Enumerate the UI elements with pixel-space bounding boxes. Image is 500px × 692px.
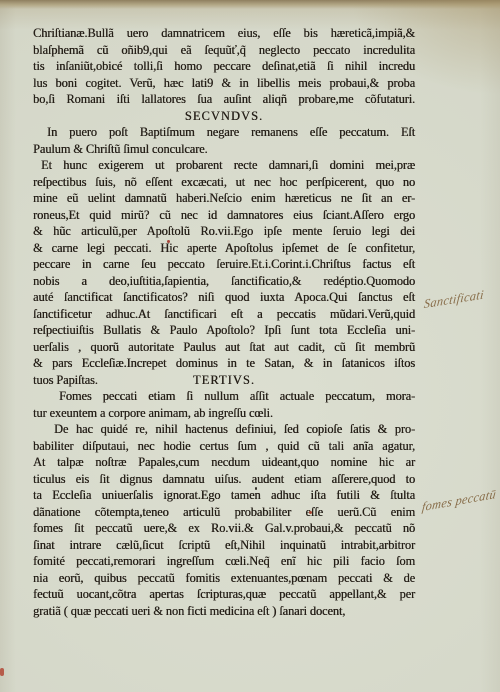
text-line: fomes ſit peccatũ uere,& ex Ro.vii.& Gal… <box>33 521 415 538</box>
text-line: uerſalis , quorũ autoritate Paulus aut ſ… <box>33 340 415 357</box>
text-line: tis inſaniũt,obicé tolli,ſi homo peccare… <box>33 59 415 76</box>
scanned-book-page: Chriſtianæ.Bullã uero damnatricem eius, … <box>0 0 500 692</box>
text-line: ſinat intrare cælũ,ſicut ſcriptũ eſt,Nih… <box>33 538 415 555</box>
paper-speck <box>167 240 170 243</box>
text-line: tuos Papiſtas.TERTIVS. <box>33 373 415 390</box>
text-line: & carne legi peccati. Hic aperte Apoſtol… <box>33 241 415 258</box>
text-line: reſpectibus ſuis, nõ eſſent excæcati, ut… <box>33 175 415 192</box>
text-line: fomité peccati,remorari ingreſſum cœli.N… <box>33 554 415 571</box>
text-line: At talpæ noſtræ Papales,cum necdum uidea… <box>33 455 415 472</box>
text-line: & hũc articulũ,per Apoſtolũ Ro.vii.Ego i… <box>33 224 415 241</box>
text-line: bo,ſi Romani iſti lallatores ſua auſint … <box>33 92 415 109</box>
text-line: gratiã ( quæ peccati ueri & non ficti me… <box>33 604 415 621</box>
handwritten-margin-note: Sanctificati <box>423 287 484 312</box>
text-line: Et hunc exigerem ut probarent recte damn… <box>33 158 415 175</box>
text-line: & pars Eccleſiæ.Increpet dominus in te S… <box>33 356 415 373</box>
text-line: tur exeuntem a corpore animam, ab ingreſ… <box>33 406 415 423</box>
paper-speck <box>0 668 4 676</box>
handwritten-margin-note: fomes peccatū <box>421 487 497 516</box>
section-heading: TERTIVS. <box>193 373 255 388</box>
text-line: reſpectiuiſtis Bullatis & Paulo Apoſtolo… <box>33 323 415 340</box>
text-line: De hac quidé re, nihil hactenus definiui… <box>33 422 415 439</box>
text-line: babiliter diſputaui, nec hodie certus ſu… <box>33 439 415 456</box>
text-line: ta Eccleſia uniuerſalis ignorat.Ego tame… <box>33 488 415 505</box>
text-line: auté ſanctificat ſanctificatos? niſi quo… <box>33 290 415 307</box>
paper-speck <box>309 511 312 514</box>
text-line: roneus,Et quid mirũ? cũ nec id damnatore… <box>33 208 415 225</box>
text-line: ſanctificetur adhuc.At ſanctificari eſt … <box>33 307 415 324</box>
text-line: peccare in carne ſeu peccato ſeruire.Et.… <box>33 257 415 274</box>
text-line: In puero poſt Baptiſmum negare remanens … <box>33 125 415 142</box>
text-line: tuos Papiſtas. <box>33 373 98 387</box>
text-line: Paulum & Chriſtũ ſimul conculcare. <box>33 142 415 159</box>
text-line: ticulus eis ſit dignus damnatu uiſus. au… <box>33 472 415 489</box>
text-line: dãnatione cõtempta,teneo articulũ probab… <box>33 505 415 522</box>
section-heading: SECVNDVS. <box>33 109 415 126</box>
text-line: Chriſtianæ.Bullã uero damnatricem eius, … <box>33 26 415 43</box>
paper-speck <box>255 487 257 490</box>
text-line: Fomes peccati etiam ſi nullum aſſit actu… <box>33 389 415 406</box>
text-line: blaſphemã cũ oñib9,qui eã ſequũť,q̃ negl… <box>33 43 415 60</box>
text-line: lus boni cogitet. Verũ, hæc lati9 & in l… <box>33 76 415 93</box>
text-block: Chriſtianæ.Bullã uero damnatricem eius, … <box>33 26 415 620</box>
text-line: mine eũ uelint damnatũ haberi.Neſcio eni… <box>33 191 415 208</box>
text-line: nia eorũ, quibus peccatũ fomitis extenua… <box>33 571 415 588</box>
text-line: nobis a deo,iuſtitia,ſapientia, ſanctifi… <box>33 274 415 291</box>
text-line: fectuũ uocant,cõtra apertas ſcripturas,q… <box>33 587 415 604</box>
